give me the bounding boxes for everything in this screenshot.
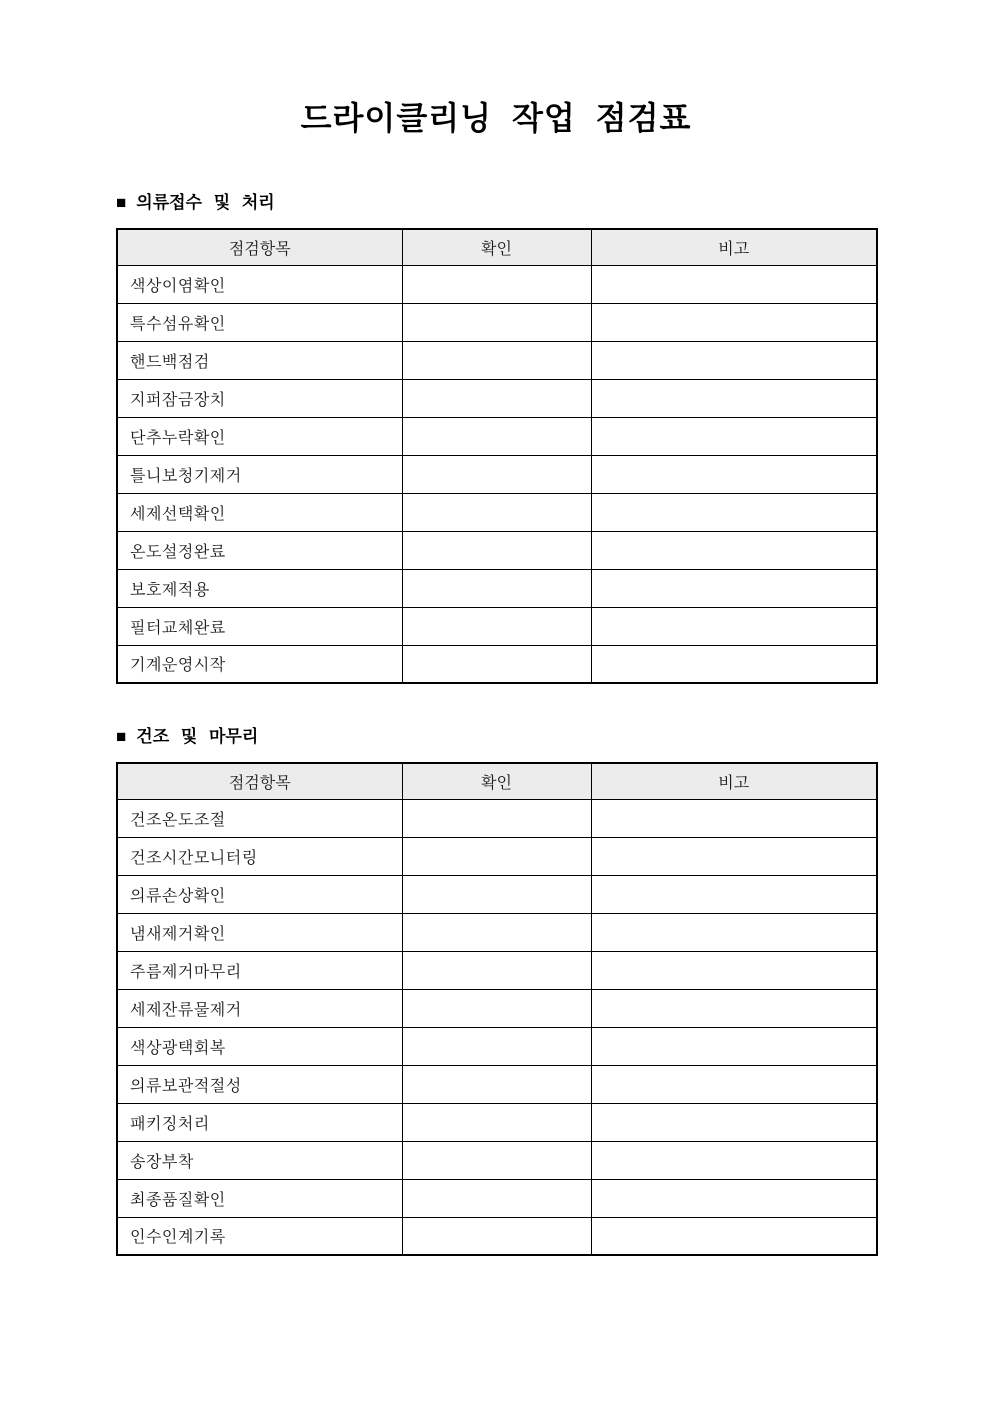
- column-header-note: 비고: [591, 229, 877, 265]
- checklist-item-label: 틀니보청기제거: [117, 455, 402, 493]
- check-cell[interactable]: [402, 1103, 591, 1141]
- table-row: 지퍼잠금장치: [117, 379, 877, 417]
- table-row: 건조온도조절: [117, 799, 877, 837]
- checklist-item-label: 인수인계기록: [117, 1217, 402, 1255]
- checklist-item-label: 패키징처리: [117, 1103, 402, 1141]
- checklist-item-label: 단추누락확인: [117, 417, 402, 455]
- section-bullet-icon: ■: [116, 192, 126, 214]
- check-cell[interactable]: [402, 1141, 591, 1179]
- column-header-note: 비고: [591, 763, 877, 799]
- check-cell[interactable]: [402, 799, 591, 837]
- check-cell[interactable]: [402, 493, 591, 531]
- check-cell[interactable]: [402, 265, 591, 303]
- checklist-item-label: 기계운영시작: [117, 645, 402, 683]
- table-row: 색상광택회복: [117, 1027, 877, 1065]
- note-cell[interactable]: [591, 493, 877, 531]
- note-cell[interactable]: [591, 1217, 877, 1255]
- check-cell[interactable]: [402, 645, 591, 683]
- note-cell[interactable]: [591, 1103, 877, 1141]
- document-page: 드라이클리닝 작업 점검표 ■ 의류접수 및 처리 점검항목 확인 비고 색상이…: [0, 0, 992, 1403]
- checklist-table: 점검항목 확인 비고 색상이염확인 특수섬유확인 핸드백점검 지퍼잠금장치 단추…: [116, 228, 878, 684]
- checklist-table: 점검항목 확인 비고 건조온도조절 건조시간모니터링 의류손상확인 냄새제거확인…: [116, 762, 878, 1256]
- note-cell[interactable]: [591, 265, 877, 303]
- column-header-check: 확인: [402, 763, 591, 799]
- note-cell[interactable]: [591, 303, 877, 341]
- check-cell[interactable]: [402, 1027, 591, 1065]
- checklist-item-label: 특수섬유확인: [117, 303, 402, 341]
- checklist-item-label: 주름제거마무리: [117, 951, 402, 989]
- note-cell[interactable]: [591, 989, 877, 1027]
- checklist-item-label: 건조시간모니터링: [117, 837, 402, 875]
- table-body: 건조온도조절 건조시간모니터링 의류손상확인 냄새제거확인 주름제거마무리 세제…: [117, 799, 877, 1255]
- check-cell[interactable]: [402, 913, 591, 951]
- check-cell[interactable]: [402, 989, 591, 1027]
- table-row: 최종품질확인: [117, 1179, 877, 1217]
- section-heading: ■ 의류접수 및 처리: [116, 192, 876, 214]
- table-row: 핸드백점검: [117, 341, 877, 379]
- checklist-item-label: 세제선택확인: [117, 493, 402, 531]
- table-row: 의류보관적절성: [117, 1065, 877, 1103]
- checklist-item-label: 의류보관적절성: [117, 1065, 402, 1103]
- checklist-item-label: 최종품질확인: [117, 1179, 402, 1217]
- note-cell[interactable]: [591, 913, 877, 951]
- note-cell[interactable]: [591, 417, 877, 455]
- table-row: 틀니보청기제거: [117, 455, 877, 493]
- check-cell[interactable]: [402, 1179, 591, 1217]
- checklist-item-label: 세제잔류물제거: [117, 989, 402, 1027]
- table-row: 온도설정완료: [117, 531, 877, 569]
- check-cell[interactable]: [402, 531, 591, 569]
- checklist-item-label: 냄새제거확인: [117, 913, 402, 951]
- table-body: 색상이염확인 특수섬유확인 핸드백점검 지퍼잠금장치 단추누락확인 틀니보청기제…: [117, 265, 877, 683]
- checklist-item-label: 송장부착: [117, 1141, 402, 1179]
- note-cell[interactable]: [591, 645, 877, 683]
- check-cell[interactable]: [402, 417, 591, 455]
- table-row: 보호제적용: [117, 569, 877, 607]
- table-row: 세제선택확인: [117, 493, 877, 531]
- check-cell[interactable]: [402, 607, 591, 645]
- column-header-check: 확인: [402, 229, 591, 265]
- table-row: 건조시간모니터링: [117, 837, 877, 875]
- checklist-section-2: ■ 건조 및 마무리 점검항목 확인 비고 건조온도조절 건조시간모니터링 의류…: [116, 726, 876, 1256]
- table-row: 단추누락확인: [117, 417, 877, 455]
- check-cell[interactable]: [402, 951, 591, 989]
- column-header-item: 점검항목: [117, 229, 402, 265]
- table-header-row: 점검항목 확인 비고: [117, 229, 877, 265]
- section-heading: ■ 건조 및 마무리: [116, 726, 876, 748]
- checklist-item-label: 색상광택회복: [117, 1027, 402, 1065]
- table-row: 필터교체완료: [117, 607, 877, 645]
- checklist-item-label: 색상이염확인: [117, 265, 402, 303]
- table-row: 송장부착: [117, 1141, 877, 1179]
- section-bullet-icon: ■: [116, 726, 126, 748]
- table-row: 의류손상확인: [117, 875, 877, 913]
- note-cell[interactable]: [591, 607, 877, 645]
- table-row: 특수섬유확인: [117, 303, 877, 341]
- note-cell[interactable]: [591, 837, 877, 875]
- check-cell[interactable]: [402, 1217, 591, 1255]
- check-cell[interactable]: [402, 379, 591, 417]
- checklist-item-label: 핸드백점검: [117, 341, 402, 379]
- table-row: 주름제거마무리: [117, 951, 877, 989]
- note-cell[interactable]: [591, 1141, 877, 1179]
- note-cell[interactable]: [591, 799, 877, 837]
- note-cell[interactable]: [591, 875, 877, 913]
- table-header-row: 점검항목 확인 비고: [117, 763, 877, 799]
- check-cell[interactable]: [402, 569, 591, 607]
- check-cell[interactable]: [402, 875, 591, 913]
- column-header-item: 점검항목: [117, 763, 402, 799]
- note-cell[interactable]: [591, 569, 877, 607]
- checklist-item-label: 필터교체완료: [117, 607, 402, 645]
- checklist-section-1: ■ 의류접수 및 처리 점검항목 확인 비고 색상이염확인 특수섬유확인 핸드백…: [116, 192, 876, 684]
- check-cell[interactable]: [402, 1065, 591, 1103]
- document-title: 드라이클리닝 작업 점검표: [0, 96, 992, 140]
- note-cell[interactable]: [591, 531, 877, 569]
- table-row: 패키징처리: [117, 1103, 877, 1141]
- check-cell[interactable]: [402, 837, 591, 875]
- note-cell[interactable]: [591, 455, 877, 493]
- checklist-item-label: 의류손상확인: [117, 875, 402, 913]
- note-cell[interactable]: [591, 341, 877, 379]
- table-row: 냄새제거확인: [117, 913, 877, 951]
- check-cell[interactable]: [402, 341, 591, 379]
- table-row: 세제잔류물제거: [117, 989, 877, 1027]
- checklist-item-label: 지퍼잠금장치: [117, 379, 402, 417]
- checklist-item-label: 온도설정완료: [117, 531, 402, 569]
- section-heading-text: 의류접수 및 처리: [136, 192, 274, 214]
- note-cell[interactable]: [591, 951, 877, 989]
- table-row: 색상이염확인: [117, 265, 877, 303]
- note-cell[interactable]: [591, 1065, 877, 1103]
- note-cell[interactable]: [591, 1179, 877, 1217]
- check-cell[interactable]: [402, 455, 591, 493]
- table-row: 인수인계기록: [117, 1217, 877, 1255]
- document-content: ■ 의류접수 및 처리 점검항목 확인 비고 색상이염확인 특수섬유확인 핸드백…: [116, 192, 876, 1256]
- note-cell[interactable]: [591, 379, 877, 417]
- section-heading-text: 건조 및 마무리: [136, 726, 258, 748]
- checklist-item-label: 건조온도조절: [117, 799, 402, 837]
- checklist-item-label: 보호제적용: [117, 569, 402, 607]
- note-cell[interactable]: [591, 1027, 877, 1065]
- check-cell[interactable]: [402, 303, 591, 341]
- table-row: 기계운영시작: [117, 645, 877, 683]
